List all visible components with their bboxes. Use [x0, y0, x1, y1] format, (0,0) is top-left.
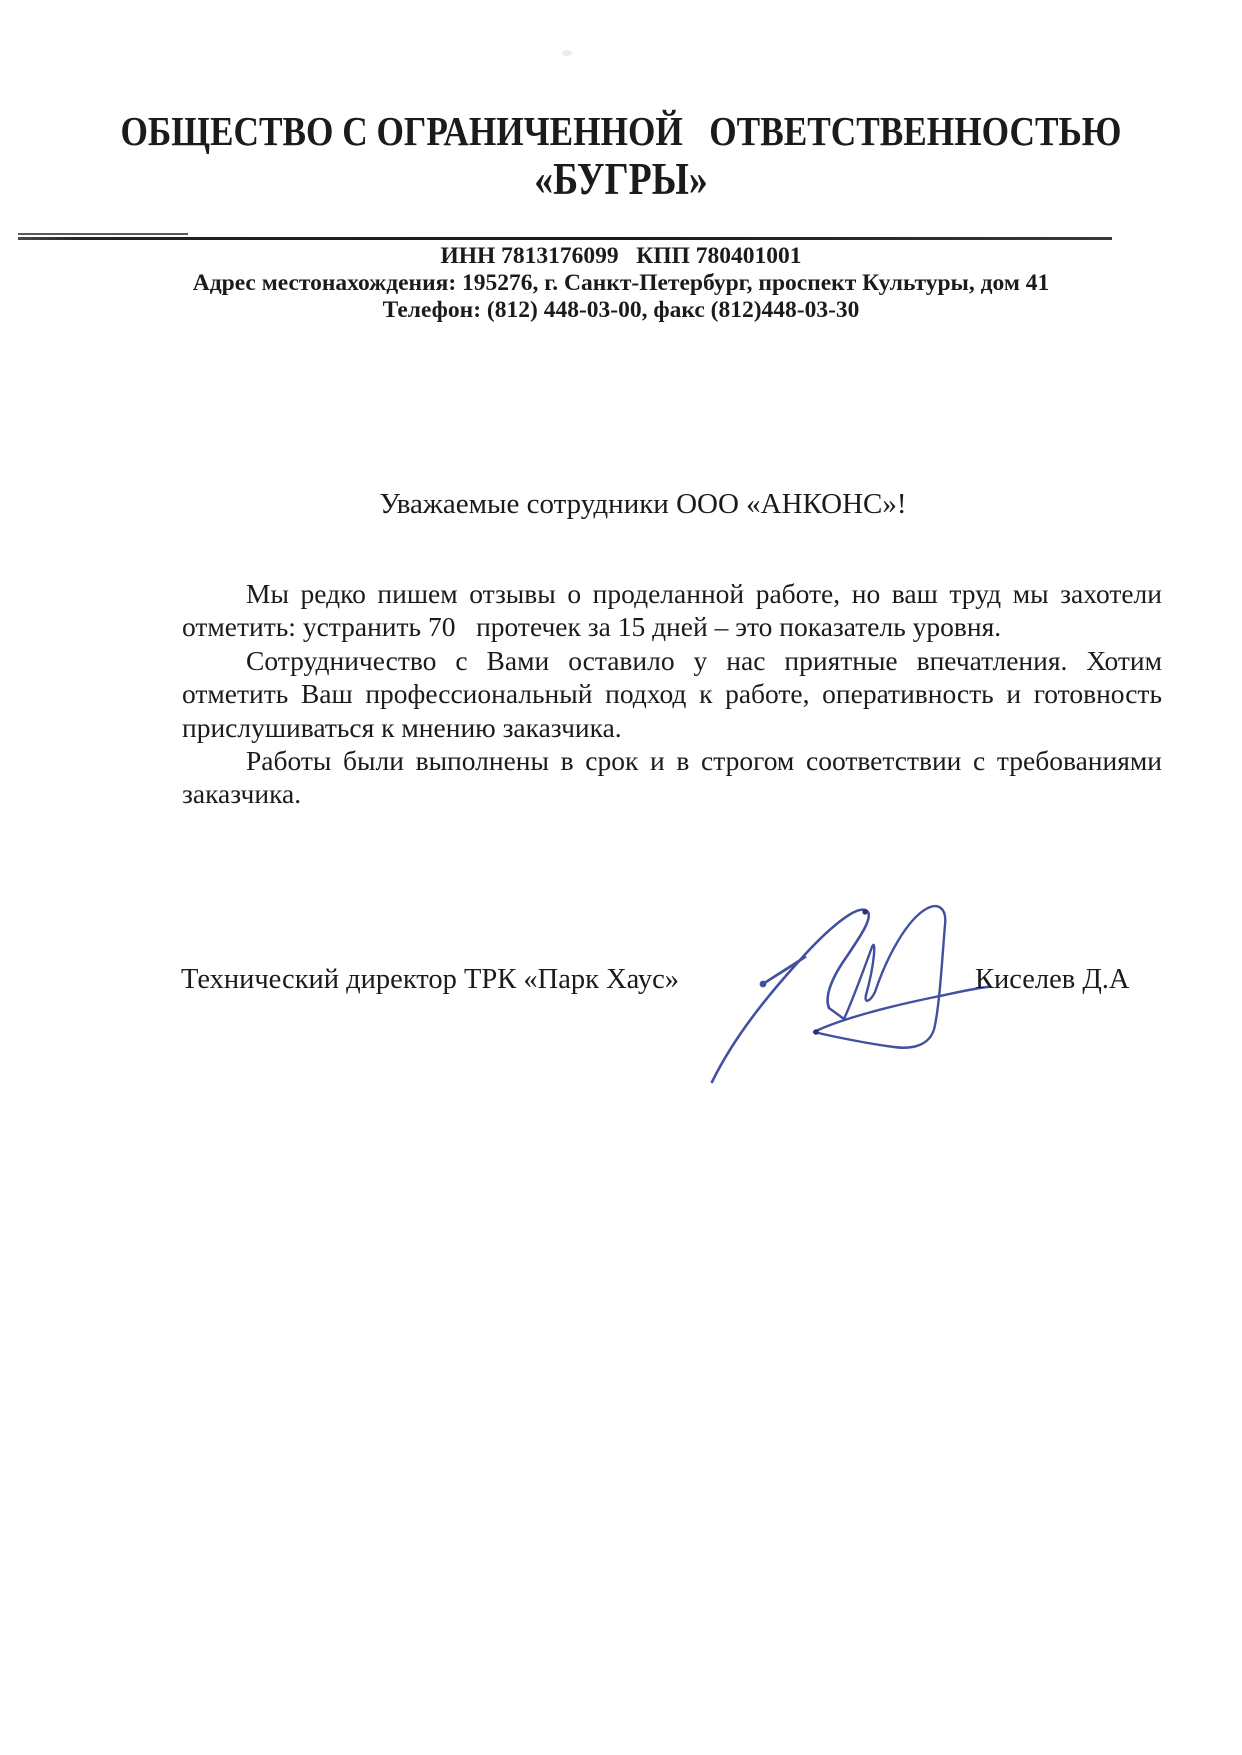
letterhead: ОБЩЕСТВО С ОГРАНИЧЕННОЙ ОТВЕТСТВЕННОСТЬЮ…: [0, 108, 1242, 203]
signature-stroke-main: [712, 910, 869, 1082]
signature-stroke-flourish: [814, 906, 988, 1048]
org-name-line2: «БУГРЫ»: [99, 155, 1142, 203]
handwritten-signature-icon: [695, 885, 1005, 1100]
letter-body: Мы редко пишем отзывы о проделанной рабо…: [182, 577, 1162, 811]
org-inn-kpp: ИНН 7813176099 КПП 780401001: [0, 243, 1242, 270]
paragraph-2: Сотрудничество с Вами оставило у нас при…: [182, 644, 1162, 744]
letterhead-divider-line: [18, 237, 1112, 240]
paragraph-3: Работы были выполнены в срок и в строгом…: [182, 744, 1162, 811]
letter-page: ОБЩЕСТВО С ОГРАНИЧЕННОЙ ОТВЕТСТВЕННОСТЬЮ…: [0, 0, 1242, 1755]
paragraph-1: Мы редко пишем отзывы о проделанной рабо…: [182, 577, 1162, 644]
org-address: Адрес местонахождения: 195276, г. Санкт-…: [0, 270, 1242, 297]
org-phone: Телефон: (812) 448-03-00, факс (812)448-…: [0, 297, 1242, 324]
signature-ink-blob: [760, 981, 767, 988]
signer-title: Технический директор ТРК «Парк Хаус»: [181, 964, 679, 996]
signer-name: Киселев Д.А: [975, 964, 1130, 996]
scan-artifact: [562, 50, 572, 56]
salutation: Уважаемые сотрудники ООО «АНКОНС»!: [0, 488, 1242, 521]
org-name-line1: ОБЩЕСТВО С ОГРАНИЧЕННОЙ ОТВЕТСТВЕННОСТЬЮ: [87, 108, 1155, 154]
signature-ink-blob: [813, 1029, 819, 1035]
org-details: ИНН 7813176099 КПП 780401001 Адрес место…: [0, 243, 1242, 324]
signature-ink-blob: [862, 909, 867, 914]
